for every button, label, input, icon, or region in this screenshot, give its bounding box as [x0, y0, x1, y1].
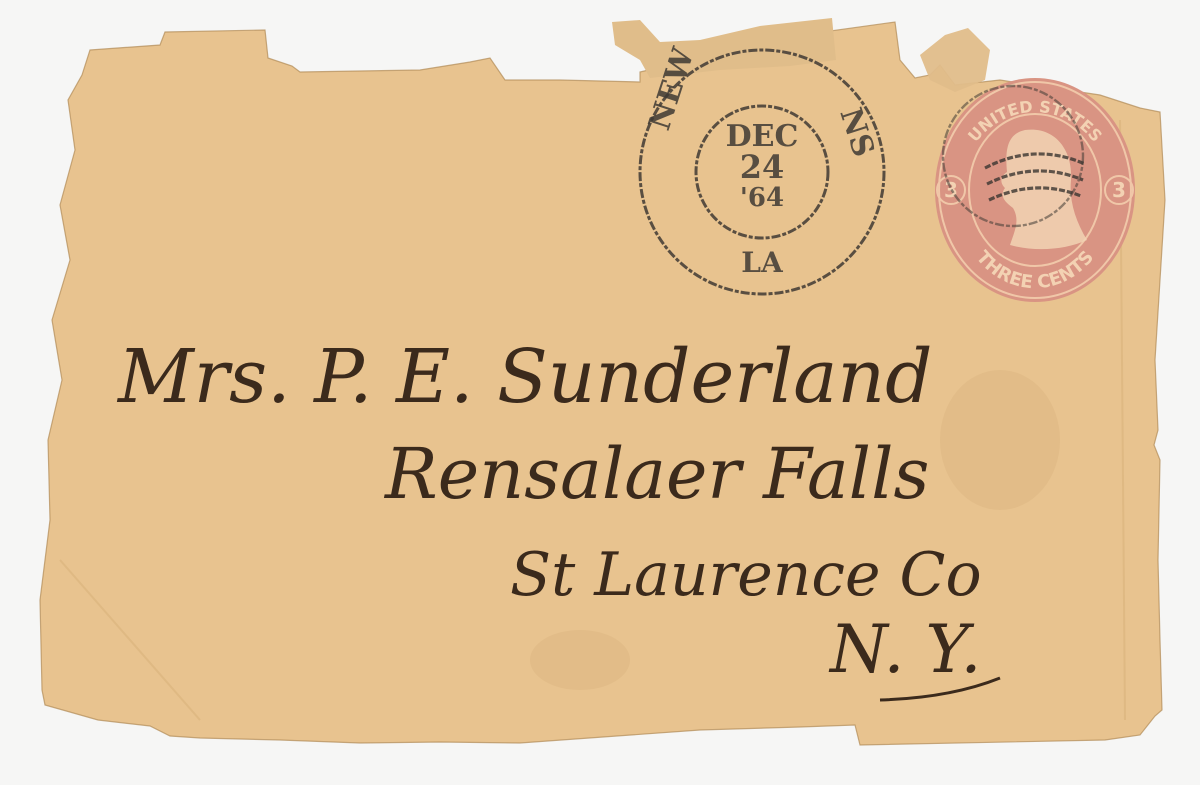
address-line-1: Mrs. P. E. Sunderland [116, 334, 932, 420]
embossed-stamp: UNITED STATES THREE CENTS 3 3 [935, 78, 1135, 302]
address-line-2: Rensalaer Falls [383, 433, 929, 515]
postmark-state: LA [741, 246, 784, 279]
envelope-scan: NEW NS DEC 24 '64 LA UNITED STATES THREE… [0, 0, 1200, 785]
postmark-year: '64 [740, 183, 784, 213]
stamp-denomination-right: 3 [1112, 178, 1126, 202]
address-line-4: N. Y. [828, 611, 982, 688]
postmark-day: 24 [740, 148, 785, 186]
address-line-3: St Laurence Co [510, 540, 982, 610]
